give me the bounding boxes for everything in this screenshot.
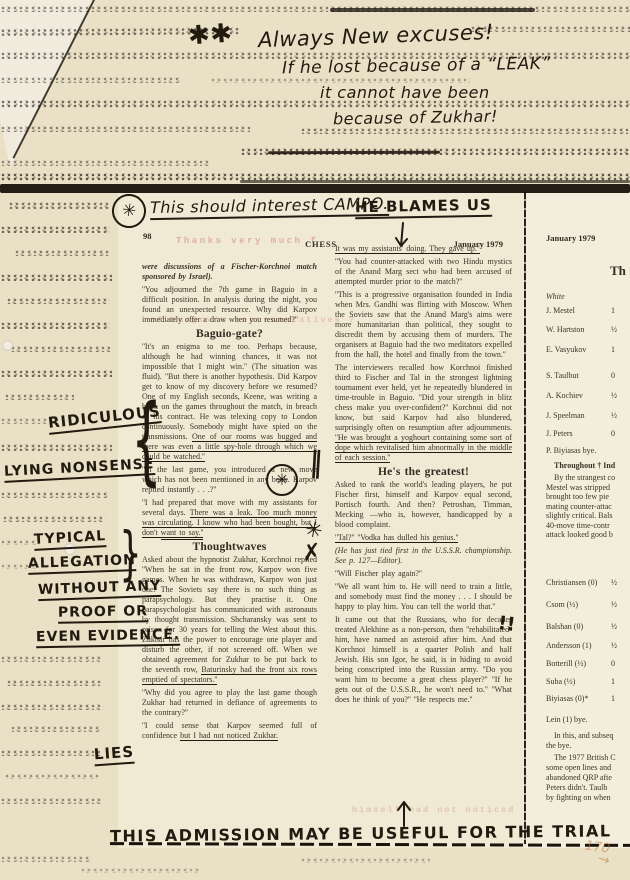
truncated-paragraph-line: brought too few pie [546,492,609,501]
margin-note-proof-or: PROOF OR [58,603,148,624]
scanned-document: Thanks very much f of Karpov's represent… [0,0,630,880]
paragraph: It was my assistants' doing. They gave u… [335,244,512,254]
paragraph: ''You had counter-attacked with two Hind… [335,257,512,287]
page-divider-line [524,192,526,844]
truncated-paragraph-line: Peters didn't. Taulb [546,783,607,792]
paragraph: ''Tal?'' ''Vodka has dulled his genius.'… [335,533,512,543]
truncated-paragraph-line: 40-move time-contr [546,521,610,530]
handwritten-note-top-line3: it cannot have been [320,83,490,102]
paragraph: Asked about the hypnotist Zukhar, Korchn… [142,555,317,685]
halftone-noise-row [470,26,630,32]
halftone-noise-row [10,346,110,352]
crosstable-white-label: White [546,292,565,301]
halftone-noise-row [0,704,104,710]
truncated-paragraph-line: By the strangest co [554,473,615,482]
halftone-noise-row [0,370,112,377]
halftone-noise-row [4,394,74,400]
article-column-middle: It was my assistants' doing. They gave u… [335,244,512,708]
paragraph: ''We all want him to. He will need to tr… [335,582,512,612]
paragraph: The interviewers recalled how Korchnoi f… [335,363,512,463]
article-column-left: were discussions of a Fischer-Korchnoi m… [142,262,317,744]
cross-mark: ✗ [301,539,323,567]
paragraph: ''It's an enigma to me too. Perhaps beca… [142,342,317,462]
halftone-noise-row [8,202,110,209]
truncated-paragraph-line: Mestel was stripped [546,483,610,492]
truncated-paragraph-line: by fighting on when [546,793,611,802]
halftone-noise-row [10,726,100,732]
truncated-paragraph-line: some open lines and [546,763,611,772]
truncated-paragraph-line: attack looked good b [546,530,613,539]
dark-scan-band [0,184,630,193]
section-heading-baguio-gate: Baguio-gate? [142,329,317,339]
margin-note-even-evidence: EVEN EVIDENCE. [36,627,181,649]
double-bar-mark: ‖ [309,445,323,480]
double-underlined-passage: want to say.'' [161,528,204,540]
truncated-paragraph-line: abandoned QRP afte [546,773,612,782]
section-heading-thoughtwaves: Thoughtwaves [142,542,317,552]
halftone-noise-row [0,126,250,132]
paragraph: It came out that the Russians, who for d… [335,615,512,705]
halftone-noise-row [6,298,110,304]
handwritten-interest-note: This should interest CAMPO. [150,194,389,220]
punch-hole [2,340,13,351]
paragraph: Asked to rank the world's leading player… [335,480,512,530]
halftone-noise-row [0,322,110,329]
exclamation-marks: !! [497,612,517,636]
halftone-noise-row [14,250,110,256]
halftone-noise-row [0,444,112,451]
halftone-noise-row [0,100,630,108]
editor-note: (He has just tied first in the U.S.S.R. … [335,546,512,566]
halftone-noise-row [2,516,106,522]
handwritten-note-top-line2: If he lost because of a “LEAK” [282,54,551,79]
truncated-paragraph-line: the bye. [546,741,571,750]
paragraph: ''Will Fischer play again?'' [335,569,512,579]
halftone-noise-row [0,656,100,662]
paragraph: ''I could sense that Karpov seemed full … [142,721,317,741]
section-heading-greatest: He's the greatest! [335,467,512,477]
adjacent-issue-date: January 1979 [546,233,595,243]
halftone-noise-row [300,128,630,134]
paragraph: ''Why did you agree to play the last gam… [142,688,317,718]
truncated-paragraph-line: slightly critical. Bals [546,511,612,520]
margin-note-lies: LIES [93,743,135,767]
truncated-paragraph-line: In this, and subseq [554,731,614,740]
halftone-noise-row [300,858,430,863]
footnote-heading: Throughout † Ind [554,461,615,470]
underlined-passage: but I had not noticed Zukhar. [180,731,278,741]
bleedthrough-text: himself had not noticed [352,805,515,815]
halftone-noise-row [0,6,630,12]
margin-note-typical: TYPICAL [34,528,107,551]
halftone-noise-row [6,680,102,686]
page-number: 98 [143,231,152,241]
adjacent-heading-fragment: Th [610,263,626,279]
intro-fragment: were discussions of a Fischer-Korchnoi m… [142,262,317,282]
halftone-noise-row [0,856,92,862]
halftone-noise-row [0,798,102,804]
handwritten-blames-note: HE BLAMES US [355,196,492,219]
halftone-noise-row [0,750,100,756]
bye-note: P. Biyiasas bye. [546,446,596,455]
bye-note: Lein (1) bye. [546,715,588,724]
halftone-noise-row [0,274,112,281]
handwritten-note-top-line1: Always New excuses! [258,20,494,52]
scan-streak [240,180,630,183]
halftone-noise-row [0,492,108,498]
halftone-noise-row [4,774,100,779]
underlined-passage: ''He was brought a yoghourt containing s… [335,433,512,463]
circled-spoke-mark: ✳ [266,464,298,496]
halftone-noise-row [0,160,210,166]
handwritten-note-top-line4: because of Zukhar! [333,107,498,129]
margin-brace: } [119,524,141,582]
halftone-noise-row [80,868,200,873]
halftone-noise-row [0,77,180,83]
scan-streak [330,8,535,12]
truncated-paragraph-line: mating counter-attac [546,502,612,511]
halftone-noise-row [0,226,110,233]
truncated-paragraph-line: The 1977 British C [554,753,616,762]
paragraph: ''I had prepared that move with my assis… [142,498,317,538]
underlined-passage: ''Tal?'' ''Vodka has dulled his genius.'… [335,533,458,543]
paragraph: ''You adjourned the 7th game in Baguio i… [142,285,317,325]
paragraph: ''This is a progressive organisation fou… [335,290,512,360]
handwritten-stars: ✱✱ [187,18,234,51]
down-arrow [392,222,412,254]
